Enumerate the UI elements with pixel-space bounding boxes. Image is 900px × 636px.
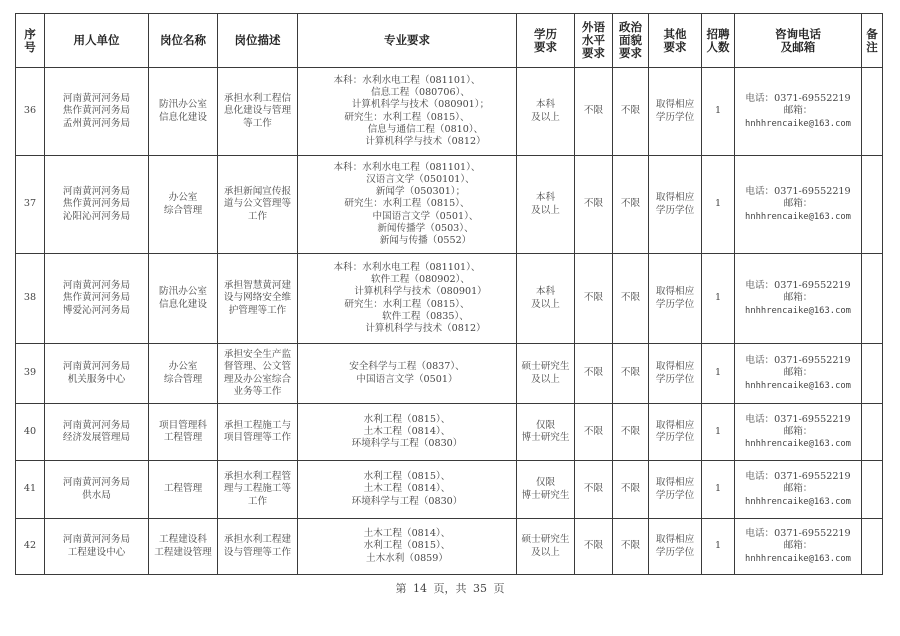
education-requirement-line: 及以上	[519, 112, 572, 124]
political-requirement: 不限	[613, 68, 649, 156]
education-requirement-line: 博士研究生	[519, 490, 572, 502]
hire-count: 1	[702, 519, 735, 575]
education-requirement-line: 博士研究生	[519, 432, 572, 444]
other-requirement-line: 学历学位	[651, 112, 699, 124]
hire-count: 1	[702, 156, 735, 254]
position-name-line: 防汛办公室	[151, 286, 215, 298]
other-requirement-line: 取得相应	[651, 286, 699, 298]
header-major: 专业要求	[298, 14, 517, 68]
employer-unit-line: 孟州黄河河务局	[47, 118, 146, 130]
other-requirement-line: 学历学位	[651, 374, 699, 386]
hire-count: 1	[702, 461, 735, 519]
other-requirement-line: 取得相应	[651, 99, 699, 111]
hire-count: 1	[702, 404, 735, 461]
education-requirement: 仅限博士研究生	[517, 404, 575, 461]
header-text: 序	[18, 28, 42, 41]
other-requirement-line: 学历学位	[651, 299, 699, 311]
other-requirement: 取得相应学历学位	[649, 254, 702, 344]
employer-unit-line: 河南黄河河务局	[47, 186, 146, 198]
position-name: 防汛办公室信息化建设	[149, 68, 218, 156]
contact-info: 电话：0371-69552219邮箱：hnhhrencaike@163.com	[735, 254, 862, 344]
major-requirements: 水利工程（0815）、土木工程（0814）、环境科学与工程（0830）	[298, 461, 517, 519]
position-name: 办公室综合管理	[149, 344, 218, 404]
education-requirement-line: 仅限	[519, 477, 572, 489]
education-requirement: 本科及以上	[517, 156, 575, 254]
header-note: 备注	[862, 14, 883, 68]
phone-text: 电话：0371-69552219	[737, 414, 859, 426]
major-line: 环境科学与工程（0830）	[300, 438, 514, 450]
major-line: 土木工程（0814）、	[300, 426, 514, 438]
header-text: 专业要求	[300, 34, 514, 47]
employer-unit: 河南黄河河务局焦作黄河河务局博爱沁河河务局	[45, 254, 149, 344]
position-description: 承担安全生产监督管理、公文管理及办公室综合业务等工作	[218, 344, 298, 404]
major-line: 土木水利（0859）	[300, 553, 514, 565]
contact-info: 电话：0371-69552219邮箱：hnhhrencaike@163.com	[735, 344, 862, 404]
other-requirement: 取得相应学历学位	[649, 156, 702, 254]
position-name-line: 信息化建设	[151, 112, 215, 124]
employer-unit-line: 河南黄河河务局	[47, 361, 146, 373]
table-row: 38河南黄河河务局焦作黄河河务局博爱沁河河务局防汛办公室信息化建设承担智慧黄河建…	[16, 254, 883, 344]
email-address: hnhhrencaike@163.com	[737, 305, 859, 317]
table-row: 40河南黄河河务局经济发展管理局项目管理科工程管理承担工程施工与项目管理等工作水…	[16, 404, 883, 461]
position-name: 办公室综合管理	[149, 156, 218, 254]
position-name: 工程建设科工程建设管理	[149, 519, 218, 575]
header-text: 岗位名称	[151, 34, 215, 47]
table-row: 36河南黄河河务局焦作黄河河务局孟州黄河河务局防汛办公室信息化建设承担水利工程信…	[16, 68, 883, 156]
major-line: 本科：水利水电工程（081101）、	[300, 262, 514, 274]
header-text: 要求	[577, 47, 610, 60]
language-requirement: 不限	[575, 461, 613, 519]
email-address: hnhhrencaike@163.com	[737, 553, 859, 565]
major-line: 研究生：水利工程（0815）、	[300, 299, 514, 311]
employer-unit-line: 河南黄河河务局	[47, 280, 146, 292]
hire-count: 1	[702, 68, 735, 156]
other-requirement-line: 学历学位	[651, 205, 699, 217]
language-requirement: 不限	[575, 404, 613, 461]
phone-text: 电话：0371-69552219	[737, 186, 859, 198]
major-line: 信息与通信工程（0810）、	[300, 124, 514, 136]
language-requirement: 不限	[575, 344, 613, 404]
row-number: 37	[16, 156, 45, 254]
header-text: 要求	[651, 41, 699, 54]
position-description-line: 业务等工作	[220, 386, 295, 398]
employer-unit-line: 经济发展管理局	[47, 432, 146, 444]
position-name-line: 项目管理科	[151, 420, 215, 432]
employer-unit: 河南黄河河务局机关服务中心	[45, 344, 149, 404]
employer-unit: 河南黄河河务局焦作黄河河务局沁阳沁河河务局	[45, 156, 149, 254]
education-requirement: 硕士研究生及以上	[517, 519, 575, 575]
position-description-line: 承担智慧黄河建	[220, 280, 295, 292]
position-description-line: 承担安全生产监	[220, 349, 295, 361]
major-requirements: 水利工程（0815）、土木工程（0814）、环境科学与工程（0830）	[298, 404, 517, 461]
other-requirement-line: 取得相应	[651, 477, 699, 489]
other-requirement: 取得相应学历学位	[649, 461, 702, 519]
education-requirement-line: 硕士研究生	[519, 534, 572, 546]
position-description-line: 设与网络安全维	[220, 292, 295, 304]
major-line: 新闻与传播（0552）	[300, 235, 514, 247]
education-requirement-line: 本科	[519, 286, 572, 298]
hire-count: 1	[702, 344, 735, 404]
position-description: 承担水利工程信息化建设与管理等工作	[218, 68, 298, 156]
education-requirement-line: 硕士研究生	[519, 361, 572, 373]
employer-unit-line: 焦作黄河河务局	[47, 292, 146, 304]
header-text: 备	[864, 28, 880, 41]
position-description-line: 项目管理等工作	[220, 432, 295, 444]
header-text: 招聘	[704, 28, 732, 41]
email-address: hnhhrencaike@163.com	[737, 118, 859, 130]
education-requirement-line: 及以上	[519, 374, 572, 386]
email-address: hnhhrencaike@163.com	[737, 496, 859, 508]
phone-text: 电话：0371-69552219	[737, 471, 859, 483]
position-description-line: 承担水利工程信	[220, 93, 295, 105]
major-line: 软件工程（080902）、	[300, 274, 514, 286]
header-text: 号	[18, 41, 42, 54]
major-line: 水利工程（0815）、	[300, 540, 514, 552]
other-requirement: 取得相应学历学位	[649, 519, 702, 575]
row-number: 38	[16, 254, 45, 344]
header-description: 岗位描述	[218, 14, 298, 68]
hire-count: 1	[702, 254, 735, 344]
other-requirement-line: 取得相应	[651, 361, 699, 373]
employer-unit-line: 博爱沁河河务局	[47, 305, 146, 317]
position-name: 工程管理	[149, 461, 218, 519]
phone-text: 电话：0371-69552219	[737, 355, 859, 367]
row-number: 39	[16, 344, 45, 404]
page-number: 第 14 页，共 35 页	[0, 580, 900, 596]
education-requirement: 硕士研究生及以上	[517, 344, 575, 404]
position-description-line: 设与管理等工作	[220, 547, 295, 559]
major-line: 中国语言文学（0501）	[300, 374, 514, 386]
employer-unit-line: 河南黄河河务局	[47, 93, 146, 105]
other-requirement-line: 学历学位	[651, 547, 699, 559]
header-political: 政治面貌要求	[613, 14, 649, 68]
position-name-line: 工程建设科	[151, 534, 215, 546]
employer-unit: 河南黄河河务局经济发展管理局	[45, 404, 149, 461]
email-label: 邮箱：	[737, 540, 859, 552]
header-text: 咨询电话	[737, 28, 859, 41]
row-number: 41	[16, 461, 45, 519]
major-line: 计算机科学与技术（080901）；	[300, 99, 514, 111]
recruitment-table: 序号用人单位岗位名称岗位描述专业要求学历要求外语水平要求政治面貌要求其他要求招聘…	[15, 13, 883, 575]
email-label: 邮箱：	[737, 105, 859, 117]
position-description-line: 工作	[220, 211, 295, 223]
header-position: 岗位名称	[149, 14, 218, 68]
note	[862, 519, 883, 575]
employer-unit-line: 河南黄河河务局	[47, 477, 146, 489]
education-requirement: 仅限博士研究生	[517, 461, 575, 519]
employer-unit: 河南黄河河务局供水局	[45, 461, 149, 519]
position-description: 承担水利工程管理与工程施工等工作	[218, 461, 298, 519]
education-requirement-line: 及以上	[519, 547, 572, 559]
language-requirement: 不限	[575, 519, 613, 575]
position-name-line: 防汛办公室	[151, 99, 215, 111]
position-name-line: 工程建设管理	[151, 547, 215, 559]
header-unit: 用人单位	[45, 14, 149, 68]
language-requirement: 不限	[575, 156, 613, 254]
position-description-line: 承担水利工程建	[220, 534, 295, 546]
political-requirement: 不限	[613, 344, 649, 404]
note	[862, 344, 883, 404]
other-requirement-line: 学历学位	[651, 490, 699, 502]
education-requirement-line: 本科	[519, 99, 572, 111]
row-number: 40	[16, 404, 45, 461]
major-line: 新闻传播学（0503）、	[300, 223, 514, 235]
contact-info: 电话：0371-69552219邮箱：hnhhrencaike@163.com	[735, 461, 862, 519]
major-line: 环境科学与工程（0830）	[300, 496, 514, 508]
phone-text: 电话：0371-69552219	[737, 93, 859, 105]
education-requirement-line: 及以上	[519, 299, 572, 311]
other-requirement-line: 取得相应	[651, 192, 699, 204]
employer-unit-line: 焦作黄河河务局	[47, 105, 146, 117]
phone-text: 电话：0371-69552219	[737, 280, 859, 292]
major-requirements: 本科：水利水电工程（081101）、软件工程（080902）、计算机科学与技术（…	[298, 254, 517, 344]
language-requirement: 不限	[575, 254, 613, 344]
header-text: 岗位描述	[220, 34, 295, 47]
header-text: 要求	[519, 41, 572, 54]
other-requirement-line: 取得相应	[651, 420, 699, 432]
note	[862, 68, 883, 156]
header-other: 其他要求	[649, 14, 702, 68]
position-name-line: 办公室	[151, 192, 215, 204]
political-requirement: 不限	[613, 461, 649, 519]
table-row: 39河南黄河河务局机关服务中心办公室综合管理承担安全生产监督管理、公文管理及办公…	[16, 344, 883, 404]
major-line: 土木工程（0814）、	[300, 528, 514, 540]
education-requirement: 本科及以上	[517, 254, 575, 344]
position-name-line: 工程管理	[151, 483, 215, 495]
header-no: 序号	[16, 14, 45, 68]
email-address: hnhhrencaike@163.com	[737, 380, 859, 392]
header-text: 用人单位	[47, 34, 146, 47]
major-line: 汉语言文学（050101）、	[300, 174, 514, 186]
position-description-line: 督管理、公文管	[220, 361, 295, 373]
position-description-line: 承担新闻宣传报	[220, 186, 295, 198]
table-row: 42河南黄河河务局工程建设中心工程建设科工程建设管理承担水利工程建设与管理等工作…	[16, 519, 883, 575]
major-line: 本科：水利水电工程（081101）、	[300, 162, 514, 174]
major-line: 计算机科学与技术（080901）	[300, 286, 514, 298]
header-language: 外语水平要求	[575, 14, 613, 68]
education-requirement-line: 及以上	[519, 205, 572, 217]
table-row: 41河南黄河河务局供水局工程管理承担水利工程管理与工程施工等工作水利工程（081…	[16, 461, 883, 519]
employer-unit-line: 沁阳沁河河务局	[47, 211, 146, 223]
contact-info: 电话：0371-69552219邮箱：hnhhrencaike@163.com	[735, 156, 862, 254]
header-text: 其他	[651, 28, 699, 41]
major-line: 水利工程（0815）、	[300, 414, 514, 426]
position-name-line: 工程管理	[151, 432, 215, 444]
political-requirement: 不限	[613, 254, 649, 344]
position-description-line: 息化建设与管理	[220, 105, 295, 117]
position-description: 承担新闻宣传报道与公文管理等工作	[218, 156, 298, 254]
position-description-line: 理与工程施工等	[220, 483, 295, 495]
major-line: 计算机科学与技术（0812）	[300, 136, 514, 148]
email-label: 邮箱：	[737, 426, 859, 438]
major-line: 软件工程（0835）、	[300, 311, 514, 323]
position-description: 承担工程施工与项目管理等工作	[218, 404, 298, 461]
note	[862, 461, 883, 519]
position-description: 承担智慧黄河建设与网络安全维护管理等工作	[218, 254, 298, 344]
education-requirement: 本科及以上	[517, 68, 575, 156]
employer-unit-line: 焦作黄河河务局	[47, 198, 146, 210]
political-requirement: 不限	[613, 404, 649, 461]
table-row: 37河南黄河河务局焦作黄河河务局沁阳沁河河务局办公室综合管理承担新闻宣传报道与公…	[16, 156, 883, 254]
header-count: 招聘人数	[702, 14, 735, 68]
employer-unit: 河南黄河河务局工程建设中心	[45, 519, 149, 575]
header-education: 学历要求	[517, 14, 575, 68]
header-text: 注	[864, 41, 880, 54]
row-number: 36	[16, 68, 45, 156]
language-requirement: 不限	[575, 68, 613, 156]
position-description-line: 道与公文管理等	[220, 198, 295, 210]
position-description: 承担水利工程建设与管理等工作	[218, 519, 298, 575]
header-contact: 咨询电话及邮箱	[735, 14, 862, 68]
position-name-line: 综合管理	[151, 374, 215, 386]
note	[862, 254, 883, 344]
position-description-line: 护管理等工作	[220, 305, 295, 317]
position-name: 防汛办公室信息化建设	[149, 254, 218, 344]
phone-text: 电话：0371-69552219	[737, 528, 859, 540]
major-line: 本科：水利水电工程（081101）、	[300, 75, 514, 87]
education-requirement-line: 仅限	[519, 420, 572, 432]
email-label: 邮箱：	[737, 198, 859, 210]
email-label: 邮箱：	[737, 292, 859, 304]
other-requirement-line: 取得相应	[651, 534, 699, 546]
major-requirements: 土木工程（0814）、水利工程（0815）、土木水利（0859）	[298, 519, 517, 575]
position-name-line: 信息化建设	[151, 299, 215, 311]
position-description-line: 理及办公室综合	[220, 374, 295, 386]
employer-unit-line: 供水局	[47, 490, 146, 502]
header-text: 及邮箱	[737, 41, 859, 54]
employer-unit-line: 河南黄河河务局	[47, 534, 146, 546]
position-description-line: 承担水利工程管	[220, 471, 295, 483]
note	[862, 156, 883, 254]
email-label: 邮箱：	[737, 483, 859, 495]
position-name: 项目管理科工程管理	[149, 404, 218, 461]
major-line: 信息工程（080706）、	[300, 87, 514, 99]
contact-info: 电话：0371-69552219邮箱：hnhhrencaike@163.com	[735, 68, 862, 156]
header-text: 要求	[615, 47, 646, 60]
employer-unit-line: 河南黄河河务局	[47, 420, 146, 432]
row-number: 42	[16, 519, 45, 575]
education-requirement-line: 本科	[519, 192, 572, 204]
major-line: 中国语言文学（0501）、	[300, 211, 514, 223]
other-requirement-line: 学历学位	[651, 432, 699, 444]
major-line: 土木工程（0814）、	[300, 483, 514, 495]
header-text: 学历	[519, 28, 572, 41]
email-label: 邮箱：	[737, 367, 859, 379]
position-description-line: 等工作	[220, 118, 295, 130]
major-requirements: 本科：水利水电工程（081101）、汉语言文学（050101）、新闻学（0503…	[298, 156, 517, 254]
contact-info: 电话：0371-69552219邮箱：hnhhrencaike@163.com	[735, 519, 862, 575]
employer-unit-line: 工程建设中心	[47, 547, 146, 559]
note	[862, 404, 883, 461]
political-requirement: 不限	[613, 519, 649, 575]
major-requirements: 安全科学与工程（0837）、中国语言文学（0501）	[298, 344, 517, 404]
employer-unit: 河南黄河河务局焦作黄河河务局孟州黄河河务局	[45, 68, 149, 156]
position-name-line: 综合管理	[151, 205, 215, 217]
contact-info: 电话：0371-69552219邮箱：hnhhrencaike@163.com	[735, 404, 862, 461]
employer-unit-line: 机关服务中心	[47, 374, 146, 386]
position-description-line: 承担工程施工与	[220, 420, 295, 432]
header-row: 序号用人单位岗位名称岗位描述专业要求学历要求外语水平要求政治面貌要求其他要求招聘…	[16, 14, 883, 68]
table-body: 36河南黄河河务局焦作黄河河务局孟州黄河河务局防汛办公室信息化建设承担水利工程信…	[16, 68, 883, 575]
position-name-line: 办公室	[151, 361, 215, 373]
major-line: 研究生：水利工程（0815）、	[300, 198, 514, 210]
position-description-line: 工作	[220, 496, 295, 508]
major-line: 研究生：水利工程（0815）、	[300, 112, 514, 124]
header-text: 人数	[704, 41, 732, 54]
other-requirement: 取得相应学历学位	[649, 404, 702, 461]
major-line: 水利工程（0815）、	[300, 471, 514, 483]
major-line: 计算机科学与技术（0812）	[300, 323, 514, 335]
email-address: hnhhrencaike@163.com	[737, 438, 859, 450]
major-requirements: 本科：水利水电工程（081101）、信息工程（080706）、计算机科学与技术（…	[298, 68, 517, 156]
other-requirement: 取得相应学历学位	[649, 344, 702, 404]
political-requirement: 不限	[613, 156, 649, 254]
email-address: hnhhrencaike@163.com	[737, 211, 859, 223]
major-line: 安全科学与工程（0837）、	[300, 361, 514, 373]
major-line: 新闻学（050301）；	[300, 186, 514, 198]
other-requirement: 取得相应学历学位	[649, 68, 702, 156]
